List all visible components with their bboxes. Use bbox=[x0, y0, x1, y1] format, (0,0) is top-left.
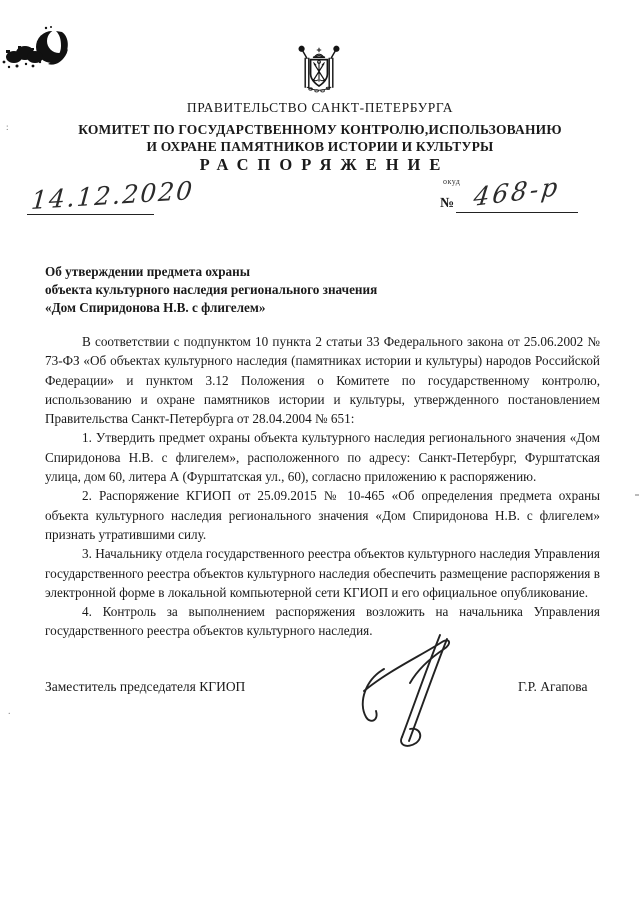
scan-speck-colon: : bbox=[6, 122, 9, 132]
number-sign-label: № bbox=[440, 196, 454, 212]
committee-title: КОМИТЕТ ПО ГОСУДАРСТВЕННОМУ КОНТРОЛЮ,ИСП… bbox=[0, 121, 640, 155]
paragraph-item-2: 2. Распоряжение КГИОП от 25.09.2015 № 10… bbox=[45, 486, 600, 544]
handwritten-number: 468-р bbox=[472, 172, 562, 212]
paragraph-preamble: В соответствии с подпунктом 10 пункта 2 … bbox=[45, 332, 600, 428]
number-underline bbox=[456, 212, 578, 213]
document-page: ПРАВИТЕЛЬСТВО САНКТ-ПЕТЕРБУРГА КОМИТЕТ П… bbox=[0, 0, 640, 905]
signer-name: Г.Р. Агапова bbox=[518, 679, 588, 695]
document-type-title: РАСПОРЯЖЕНИЕ bbox=[0, 155, 640, 175]
signer-position: Заместитель председателя КГИОП bbox=[45, 679, 245, 695]
committee-line1: КОМИТЕТ ПО ГОСУДАРСТВЕННОМУ КОНТРОЛЮ,ИСП… bbox=[0, 121, 640, 138]
subject-line3: «Дом Спиридонова Н.В. с флигелем» bbox=[45, 299, 565, 317]
paragraph-item-4: 4. Контроль за выполнением распоряжения … bbox=[45, 602, 600, 641]
ink-stamp-icon bbox=[2, 26, 78, 74]
spb-coat-of-arms-icon bbox=[289, 44, 349, 101]
document-body: В соответствии с подпунктом 10 пункта 2 … bbox=[45, 332, 600, 641]
paragraph-item-1: 1. Утвердить предмет охраны объекта куль… bbox=[45, 428, 600, 486]
government-title: ПРАВИТЕЛЬСТВО САНКТ-ПЕТЕРБУРГА bbox=[0, 100, 640, 116]
date-underline bbox=[27, 214, 154, 215]
handwritten-signature-icon bbox=[352, 633, 456, 751]
paragraph-item-3: 3. Начальнику отдела государственного ре… bbox=[45, 544, 600, 602]
subject-line1: Об утверждении предмета охраны bbox=[45, 263, 565, 281]
subject-line2: объекта культурного наследия регионально… bbox=[45, 281, 565, 299]
okud-label: окуд bbox=[443, 177, 460, 186]
scan-speck-dash bbox=[635, 494, 639, 496]
handwritten-date: 14.12.2020 bbox=[30, 176, 195, 215]
subject-heading: Об утверждении предмета охраны объекта к… bbox=[45, 263, 565, 317]
committee-line2: И ОХРАНЕ ПАМЯТНИКОВ ИСТОРИИ И КУЛЬТУРЫ bbox=[0, 138, 640, 155]
scan-speck-dot: . bbox=[8, 706, 11, 717]
